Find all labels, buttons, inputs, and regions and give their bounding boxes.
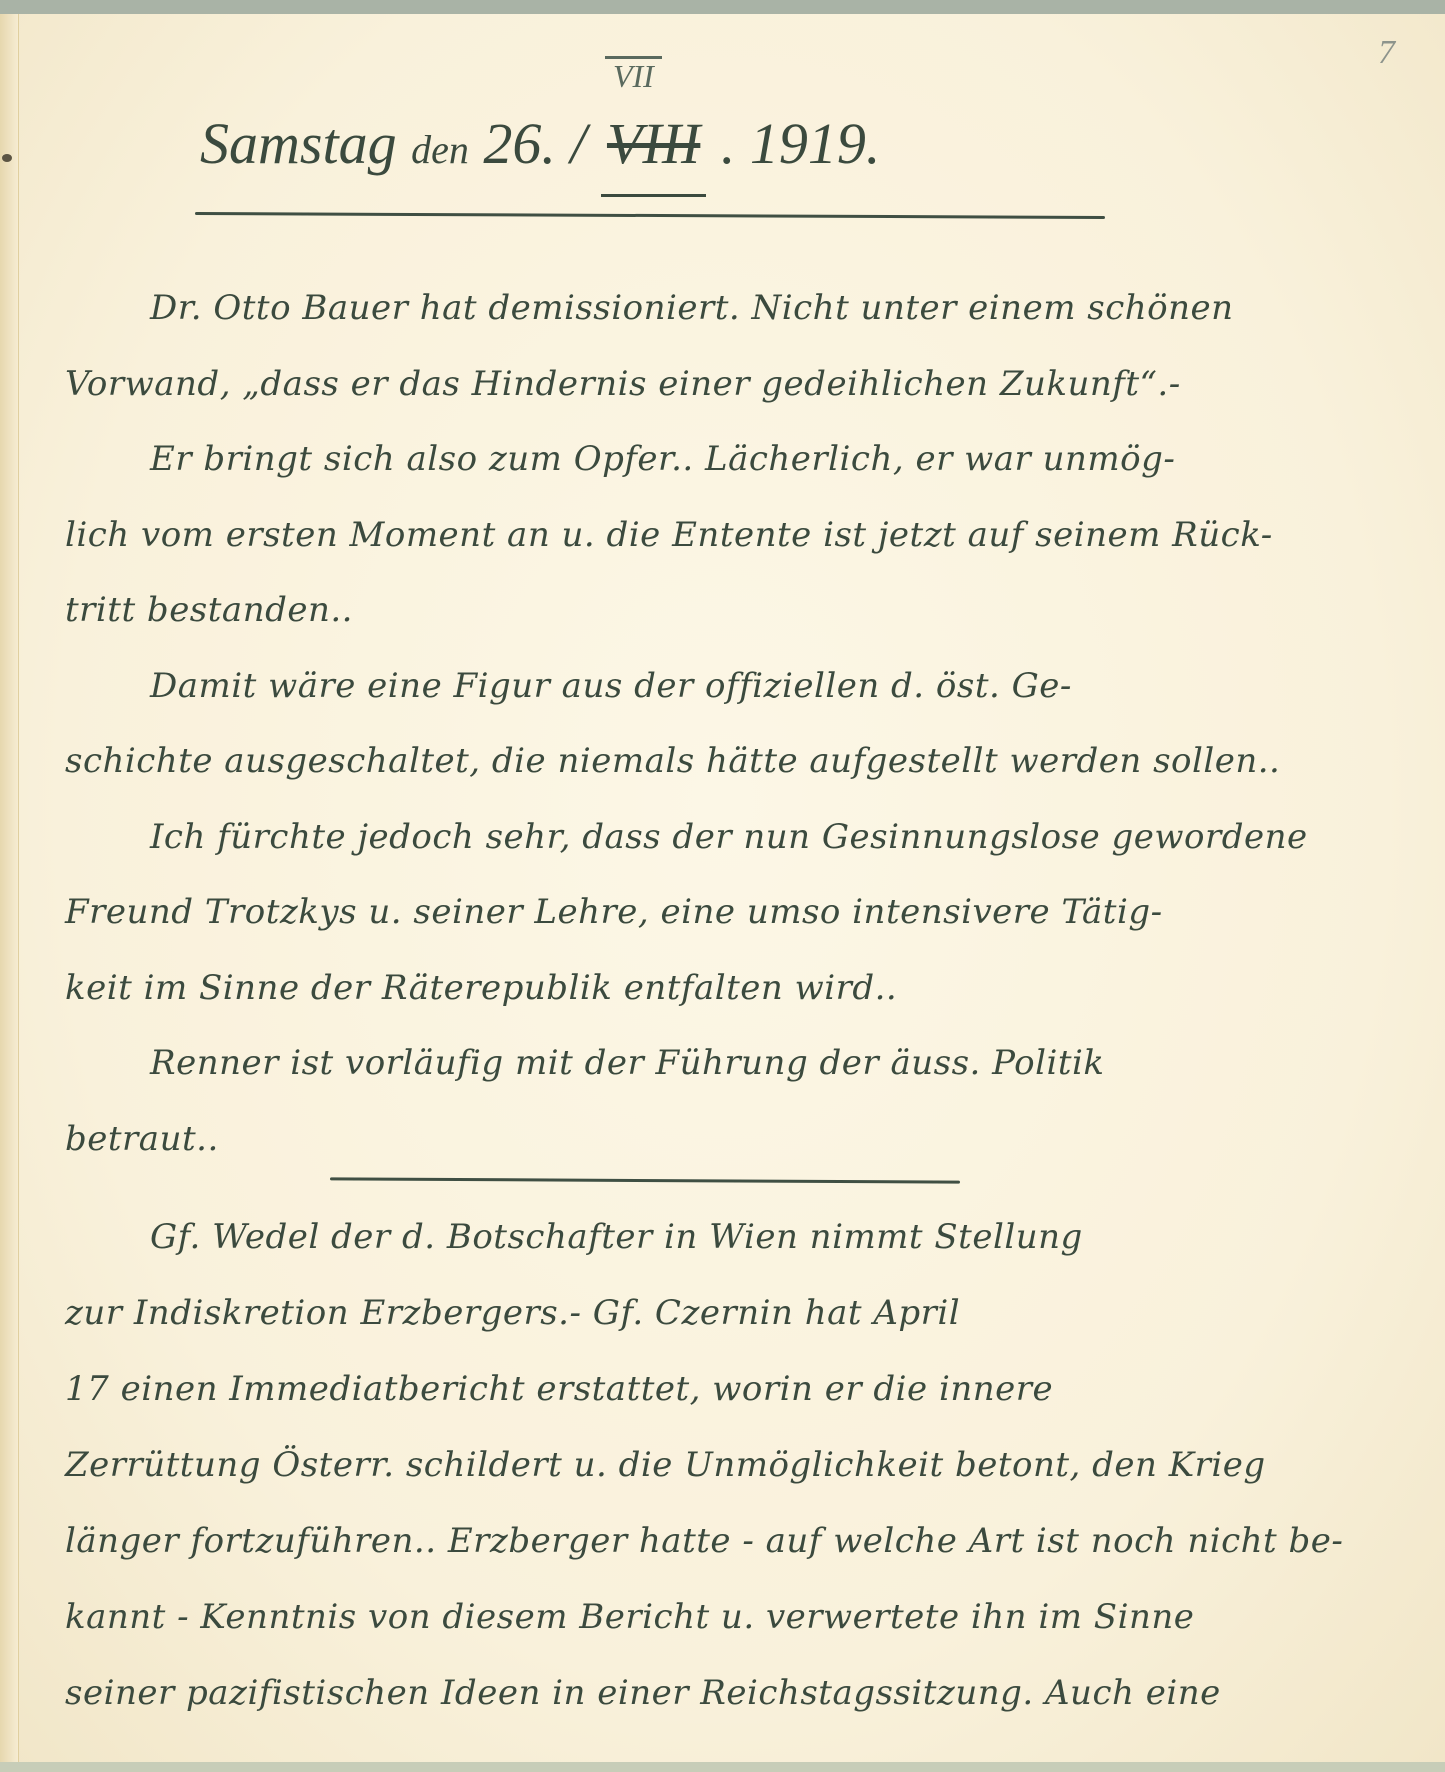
text-line: tritt bestanden.. <box>65 573 1425 649</box>
text-line: keit im Sinne der Räterepublik entfalten… <box>65 951 1425 1027</box>
text-line: Ich fürchte jedoch sehr, dass der nun Ge… <box>65 800 1425 876</box>
entry-body-first-section: Dr. Otto Bauer hat demissioniert. Nicht … <box>65 271 1425 1177</box>
text-line: seiner pazifistischen Ideen in einer Rei… <box>65 1655 1425 1731</box>
text-line: 17 einen Immediatbericht erstattet, wori… <box>65 1351 1425 1427</box>
text-line: Zerrüttung Österr. schildert u. die Unmö… <box>65 1427 1425 1503</box>
text-line: Renner ist vorläufig mit der Führung der… <box>65 1026 1425 1102</box>
section-divider <box>330 1177 960 1183</box>
text-line: zur Indiskretion Erzbergers.- Gf. Czerni… <box>65 1275 1425 1351</box>
entry-body-second-section: Gf. Wedel der d. Botschafter in Wien nim… <box>65 1199 1425 1731</box>
page-number: 7 <box>1378 34 1395 72</box>
text-line: betraut.. <box>65 1102 1425 1178</box>
text-line: Damit wäre eine Figur aus der offizielle… <box>65 649 1425 725</box>
binding-gutter <box>0 14 19 1762</box>
heading-month: VII VIII <box>601 94 706 197</box>
text-line: länger fortzuführen.. Erzberger hatte - … <box>65 1503 1425 1579</box>
heading-underline <box>195 212 1105 219</box>
heading-den: den <box>411 127 469 172</box>
heading-weekday: Samstag <box>200 111 397 176</box>
month-written: VIII <box>607 111 700 176</box>
heading-year: 1919. <box>750 111 881 176</box>
text-line: kannt - Kenntnis von diesem Bericht u. v… <box>65 1579 1425 1655</box>
heading-day: 26. <box>483 111 556 176</box>
text-line: Gf. Wedel der d. Botschafter in Wien nim… <box>65 1199 1425 1275</box>
text-line: schichte ausgeschaltet, die niemals hätt… <box>65 724 1425 800</box>
text-line: Er bringt sich also zum Opfer.. Lächerli… <box>65 422 1425 498</box>
text-line: Vorwand, „dass er das Hindernis einer ge… <box>65 347 1425 423</box>
text-line: Dr. Otto Bauer hat demissioniert. Nicht … <box>65 271 1425 347</box>
text-line: lich vom ersten Moment an u. die Entente… <box>65 498 1425 574</box>
entry-heading: Samstag den 26. / VII VIII . 1919. <box>200 94 1100 200</box>
diary-page: 7 Samstag den 26. / VII VIII . 1919. Dr.… <box>0 0 1445 1772</box>
month-correction: VII <box>605 56 662 93</box>
text-line: Freund Trotzkys u. seiner Lehre, eine um… <box>65 875 1425 951</box>
binding-pin <box>2 154 12 162</box>
